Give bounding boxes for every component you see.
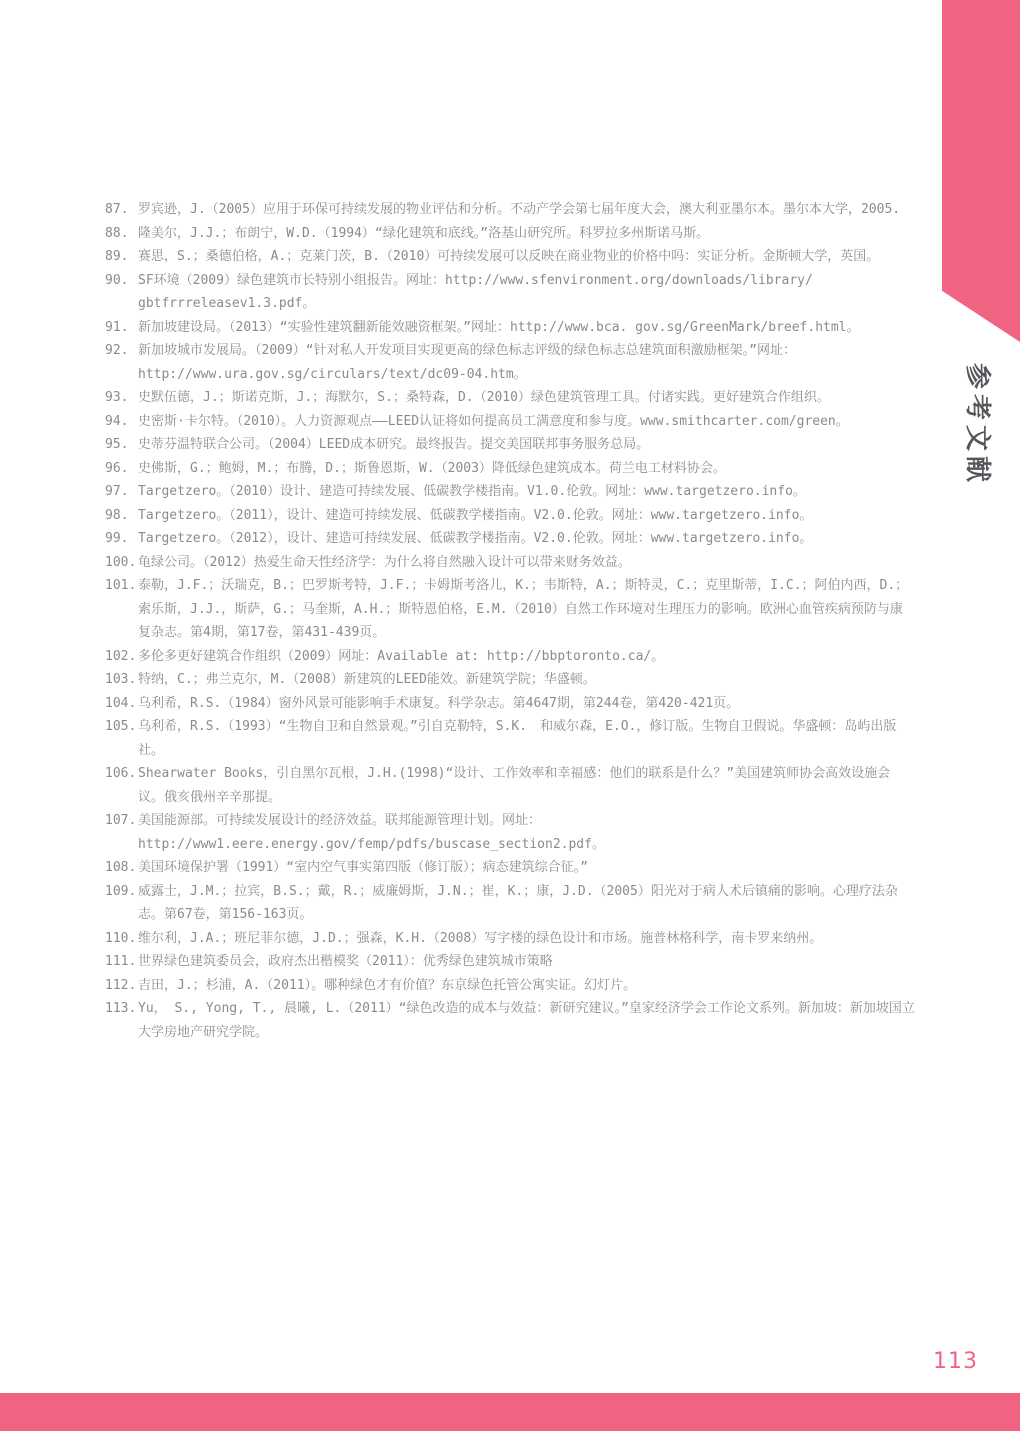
reference-text: 新加坡建设局。（2013）“实验性建筑翻新能效融资框架。”网址：http://w… [138,320,860,335]
reference-item: 88.隆美尔，J.J.；布朗宁，W.D.（1994）“绿化建筑和底线。”洛基山研… [105,222,915,246]
reference-text: 龟绿公司。（2012）热爱生命天性经济学：为什么将自然融入设计可以带来财务效益。 [138,555,631,570]
reference-number: 102. [105,645,136,669]
reference-number: 88. [105,222,128,246]
reference-number: 104. [105,692,136,716]
reference-number: 89. [105,245,128,269]
reference-item: 95.史蒂芬温特联合公司。（2004）LEED成本研究。最终报告。提交美国联邦事… [105,433,915,457]
reference-text: 乌利希，R.S.（1984）窗外风景可能影响手术康复。科学杂志。第4647期，第… [138,696,739,711]
reference-item: 101.泰勒，J.F.；沃瑞克，B.；巴罗斯考特，J.F.；卡姆斯考洛儿，K.；… [105,574,915,645]
reference-text: Yu， S., Yong, T., 晨曦, L.（2011）“绿色改造的成本与效… [138,1001,915,1040]
reference-text: 新加坡城市发展局。（2009）“针对私人开发项目实现更高的绿色标志评级的绿色标志… [138,343,796,382]
reference-number: 90. [105,269,128,293]
reference-item: 99.Targetzero。（2012），设计、建造可持续发展、低碳教学楼指南。… [105,527,915,551]
reference-number: 109. [105,880,136,904]
corner-banner [942,0,1020,342]
reference-number: 87. [105,198,128,222]
reference-text: Targetzero。（2011），设计、建造可持续发展、低碳教学楼指南。V2.… [138,508,812,523]
reference-number: 94. [105,410,128,434]
reference-number: 92. [105,339,128,363]
reference-number: 101. [105,574,136,598]
reference-number: 99. [105,527,128,551]
reference-text: 吉田，J.；杉浦，A.（2011）。哪种绿色才有价值？东京绿色托管公寓实证。幻灯… [138,978,636,993]
reference-text: 特纳，C.；弗兰克尔，M.（2008）新建筑的LEED能效。新建筑学院；华盛顿。 [138,672,596,687]
reference-number: 111. [105,950,136,974]
reference-text: Targetzero。（2010）设计、建造可持续发展、低碳教学楼指南。V1.0… [138,484,806,499]
reference-item: 102.多伦多更好建筑合作组织（2009）网址：Available at: ht… [105,645,915,669]
reference-text: 史默伍德，J.；斯诺克斯，J.；海默尔，S.；桑特森，D.（2010）绿色建筑管… [138,390,830,405]
reference-item: 104.乌利希，R.S.（1984）窗外风景可能影响手术康复。科学杂志。第464… [105,692,915,716]
reference-number: 108. [105,856,136,880]
reference-item: 103.特纳，C.；弗兰克尔，M.（2008）新建筑的LEED能效。新建筑学院；… [105,668,915,692]
reference-text: 维尔利，J.A.；班尼菲尔德，J.D.；强森，K.H.（2008）写字楼的绿色设… [138,931,822,946]
reference-item: 89.赛思，S.；桑德伯格，A.；克莱门茨，B.（2010）可持续发展可以反映在… [105,245,915,269]
reference-item: 113.Yu， S., Yong, T., 晨曦, L.（2011）“绿色改造的… [105,997,915,1044]
reference-number: 110. [105,927,136,951]
reference-number: 105. [105,715,136,739]
references-list: 87.罗宾逊，J.（2005）应用于环保可持续发展的物业评估和分析。不动产学会第… [105,198,915,1044]
reference-number: 106. [105,762,136,786]
reference-number: 95. [105,433,128,457]
reference-number: 113. [105,997,136,1021]
reference-number: 100. [105,551,136,575]
reference-item: 111.世界绿色建筑委员会，政府杰出楷模奖（2011）：优秀绿色建筑城市策略 [105,950,915,974]
reference-item: 100.龟绿公司。（2012）热爱生命天性经济学：为什么将自然融入设计可以带来财… [105,551,915,575]
reference-item: 94.史密斯·卡尔特。（2010）。人力资源观点——LEED认证将如何提高员工满… [105,410,915,434]
chapter-side-label: 参考文献 [962,363,992,483]
reference-item: 107.美国能源部。可持续发展设计的经济效益。联邦能源管理计划。网址：http:… [105,809,915,856]
reference-item: 87.罗宾逊，J.（2005）应用于环保可持续发展的物业评估和分析。不动产学会第… [105,198,915,222]
reference-item: 97.Targetzero。（2010）设计、建造可持续发展、低碳教学楼指南。V… [105,480,915,504]
reference-number: 93. [105,386,128,410]
reference-item: 105.乌利希，R.S.（1993）“生物自卫和自然景观。”引自克勒特，S.K.… [105,715,915,762]
reference-text: 罗宾逊，J.（2005）应用于环保可持续发展的物业评估和分析。不动产学会第七届年… [138,202,900,217]
reference-text: 威露士，J.M.；拉宾，B.S.；戴，R.；威廉姆斯，J.N.；崔，K.；康，J… [138,884,898,923]
reference-number: 103. [105,668,136,692]
reference-item: 96.史佛斯，G.；鲍姆，M.；布腾，D.；斯鲁恩斯，W.（2003）降低绿色建… [105,457,915,481]
reference-text: 史密斯·卡尔特。（2010）。人力资源观点——LEED认证将如何提高员工满意度和… [138,414,849,429]
reference-item: 108.美国环境保护署（1991）“室内空气事实第四版（修订版）；病态建筑综合征… [105,856,915,880]
footer-bar [0,1393,1020,1431]
reference-item: 106.Shearwater Books，引自黑尔瓦根，J.H.(1998)“设… [105,762,915,809]
reference-text: 多伦多更好建筑合作组织（2009）网址：Available at: http:/… [138,649,664,664]
reference-text: SF环境（2009）绿色建筑市长特别小组报告。网址：http://www.sfe… [138,273,813,312]
reference-number: 91. [105,316,128,340]
reference-text: 隆美尔，J.J.；布朗宁，W.D.（1994）“绿化建筑和底线。”洛基山研究所。… [138,226,709,241]
reference-item: 98.Targetzero。（2011），设计、建造可持续发展、低碳教学楼指南。… [105,504,915,528]
reference-item: 109.威露士，J.M.；拉宾，B.S.；戴，R.；威廉姆斯，J.N.；崔，K.… [105,880,915,927]
reference-item: 93.史默伍德，J.；斯诺克斯，J.；海默尔，S.；桑特森，D.（2010）绿色… [105,386,915,410]
reference-text: 美国能源部。可持续发展设计的经济效益。联邦能源管理计划。网址：http://ww… [138,813,605,852]
reference-number: 107. [105,809,136,833]
reference-item: 112.吉田，J.；杉浦，A.（2011）。哪种绿色才有价值？东京绿色托管公寓实… [105,974,915,998]
reference-text: 美国环境保护署（1991）“室内空气事实第四版（修订版）；病态建筑综合征。” [138,860,588,875]
reference-item: 92.新加坡城市发展局。（2009）“针对私人开发项目实现更高的绿色标志评级的绿… [105,339,915,386]
page-number: 113 [933,1349,978,1374]
reference-item: 90.SF环境（2009）绿色建筑市长特别小组报告。网址：http://www.… [105,269,915,316]
reference-text: 史蒂芬温特联合公司。（2004）LEED成本研究。最终报告。提交美国联邦事务服务… [138,437,649,452]
reference-text: 赛思，S.；桑德伯格，A.；克莱门茨，B.（2010）可持续发展可以反映在商业物… [138,249,879,264]
reference-text: 泰勒，J.F.；沃瑞克，B.；巴罗斯考特，J.F.；卡姆斯考洛儿，K.；韦斯特，… [138,578,908,640]
reference-number: 98. [105,504,128,528]
reference-item: 91.新加坡建设局。（2013）“实验性建筑翻新能效融资框架。”网址：http:… [105,316,915,340]
reference-text: Shearwater Books，引自黑尔瓦根，J.H.(1998)“设计、工作… [138,766,890,805]
reference-number: 112. [105,974,136,998]
reference-number: 97. [105,480,128,504]
reference-text: 世界绿色建筑委员会，政府杰出楷模奖（2011）：优秀绿色建筑城市策略 [138,954,553,969]
reference-text: Targetzero。（2012），设计、建造可持续发展、低碳教学楼指南。V2.… [138,531,812,546]
reference-item: 110.维尔利，J.A.；班尼菲尔德，J.D.；强森，K.H.（2008）写字楼… [105,927,915,951]
reference-number: 96. [105,457,128,481]
reference-text: 史佛斯，G.；鲍姆，M.；布腾，D.；斯鲁恩斯，W.（2003）降低绿色建筑成本… [138,461,726,476]
reference-text: 乌利希，R.S.（1993）“生物自卫和自然景观。”引自克勒特，S.K. 和威尔… [138,719,896,758]
